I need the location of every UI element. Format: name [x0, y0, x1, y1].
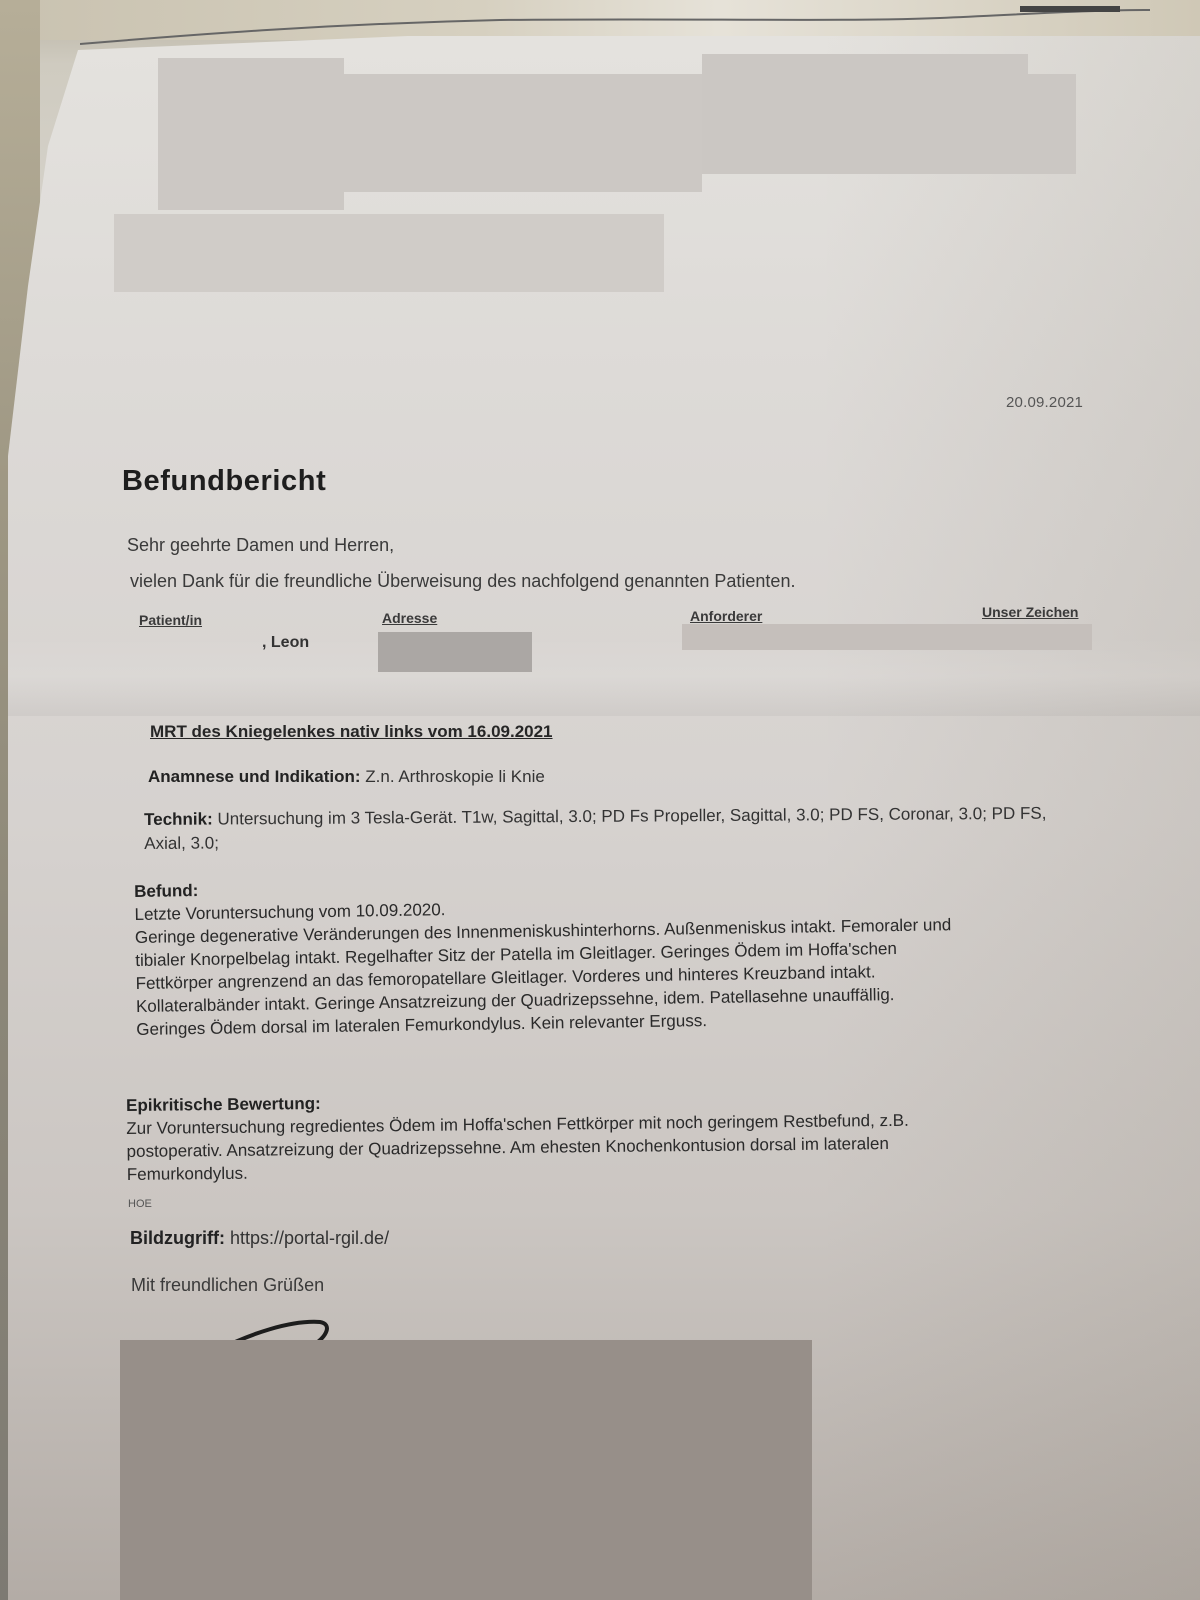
image-access-label: Bildzugriff: — [130, 1228, 225, 1248]
page-title: Befundbericht — [122, 465, 326, 498]
redaction-block — [114, 214, 664, 292]
image-access-url[interactable]: https://portal-rgil.de/ — [230, 1228, 389, 1248]
address-column-header: Adresse — [382, 610, 437, 626]
technique-section: Technik: Untersuchung im 3 Tesla-Gerät. … — [144, 801, 1084, 856]
anamnesis-text: Z.n. Arthroskopie li Knie — [365, 767, 545, 786]
requester-redaction — [682, 624, 1092, 650]
patient-name: , Leon — [262, 634, 309, 652]
signature-redaction — [120, 1340, 812, 1600]
anamnesis-section: Anamnese und Indikation: Z.n. Arthroskop… — [148, 767, 545, 787]
intro-text: vielen Dank für die freundliche Überweis… — [130, 571, 795, 592]
anamnesis-label: Anamnese und Indikation: — [148, 767, 361, 786]
printed-header-rule — [80, 6, 1150, 46]
exam-title: MRT des Kniegelenkes nativ links vom 16.… — [150, 722, 553, 742]
patient-column-header: Patient/in — [139, 612, 202, 628]
salutation: Sehr geehrte Damen und Herren, — [127, 535, 394, 556]
redaction-block — [344, 74, 702, 192]
technique-label: Technik: — [144, 810, 213, 829]
reference-column-header: Unser Zeichen — [982, 604, 1078, 620]
assessment-section: Epikritische Bewertung: Zur Voruntersuch… — [126, 1084, 1087, 1186]
image-access: Bildzugriff: https://portal-rgil.de/ — [130, 1228, 389, 1249]
requester-column-header: Anforderer — [690, 608, 762, 624]
redaction-block — [1028, 74, 1076, 174]
technique-text: Untersuchung im 3 Tesla-Gerät. T1w, Sagi… — [144, 804, 1046, 853]
redaction-block — [702, 54, 1028, 174]
redaction-block — [158, 58, 344, 210]
address-redaction — [378, 632, 532, 672]
findings-section: Befund: Letzte Voruntersuchung vom 10.09… — [134, 865, 1106, 1041]
closing: Mit freundlichen Grüßen — [131, 1275, 324, 1296]
report-date: 20.09.2021 — [1006, 394, 1083, 411]
author-initials: HOE — [128, 1198, 152, 1210]
